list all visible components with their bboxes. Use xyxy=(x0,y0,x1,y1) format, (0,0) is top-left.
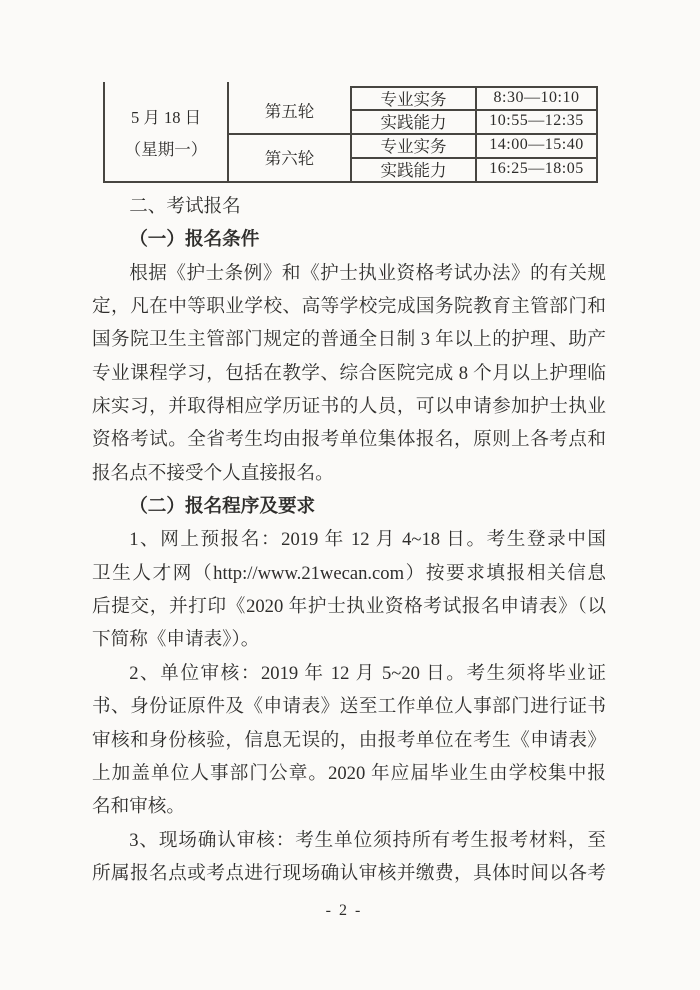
paragraph-line: 后提交，并打印《2020 年护士执业资格考试报名申请表》（以 xyxy=(92,590,606,623)
schedule-weekday: （星期一） xyxy=(125,134,208,166)
paragraph-line: 所属报名点或考点进行现场确认审核并缴费，具体时间以各考 xyxy=(92,857,606,890)
paragraph-line: 资格考试。全省考生均由报考单位集体报名，原则上各考点和 xyxy=(92,423,606,456)
paragraph-line: 书、身份证原件及《申请表》送至工作单位人事部门进行证书 xyxy=(92,690,606,723)
paragraph-line: 名和审核。 xyxy=(92,790,606,823)
schedule-subject-cell: 专业实务 xyxy=(352,86,475,109)
schedule-subject-cell: 实践能力 xyxy=(352,157,475,181)
schedule-time-cell: 10:55—12:35 xyxy=(477,109,596,133)
paragraph-line: 床实习，并取得相应学历证书的人员，可以申请参加护士执业 xyxy=(92,390,606,423)
paragraph-line: 审核和身份核验，信息无误的，由报考单位在考生《申请表》 xyxy=(92,724,606,757)
schedule-time-cell: 16:25—18:05 xyxy=(477,157,596,181)
schedule-date: 5 月 18 日 xyxy=(131,102,201,134)
paragraph-line: 3、现场确认审核：考生单位须持所有考生报考材料，至 xyxy=(92,824,606,857)
subsection-heading: （二）报名程序及要求 xyxy=(92,490,606,523)
paragraph-line: 下简称《申请表》）。 xyxy=(92,623,606,656)
paragraph-line: 根据《护士条例》和《护士执业资格考试办法》的有关规 xyxy=(92,257,606,290)
page-number: - 2 - xyxy=(0,902,688,920)
schedule-subject-cell: 专业实务 xyxy=(352,133,475,157)
paragraph-line: 2、单位审核：2019 年 12 月 5~20 日。考生须将毕业证 xyxy=(92,657,606,690)
paragraph-line: 专业课程学习，包括在教学、综合医院完成 8 个月以上护理临 xyxy=(92,357,606,390)
schedule-round-cell: 第五轮 xyxy=(229,86,350,133)
schedule-date-cell: 5 月 18 日 （星期一） xyxy=(105,86,227,181)
section-heading: 二、考试报名 xyxy=(92,190,606,223)
paragraph-line: 定，凡在中等职业学校、高等学校完成国务院教育主管部门和 xyxy=(92,290,606,323)
table-line xyxy=(103,181,598,183)
document-body: 二、考试报名 （一）报名条件 根据《护士条例》和《护士执业资格考试办法》的有关规… xyxy=(92,190,606,890)
schedule-time-cell: 8:30—10:10 xyxy=(477,86,596,109)
paragraph-line: 国务院卫生主管部门规定的普通全日制 3 年以上的护理、助产 xyxy=(92,323,606,356)
paragraph-line: 报名点不接受个人直接报名。 xyxy=(92,457,606,490)
paragraph-line: 上加盖单位人事部门公章。2020 年应届毕业生由学校集中报 xyxy=(92,757,606,790)
schedule-subject-cell: 实践能力 xyxy=(352,109,475,133)
paragraph-line: 1、网上预报名：2019 年 12 月 4~18 日。考生登录中国 xyxy=(92,523,606,556)
paragraph-line: 卫生人才网（http://www.21wecan.com）按要求填报相关信息 xyxy=(92,557,606,590)
subsection-heading: （一）报名条件 xyxy=(92,223,606,256)
schedule-round-cell: 第六轮 xyxy=(229,133,350,181)
document-page: 5 月 18 日 （星期一） 第五轮 第六轮 专业实务 实践能力 专业实务 实践… xyxy=(0,0,700,990)
schedule-time-cell: 14:00—15:40 xyxy=(477,133,596,157)
